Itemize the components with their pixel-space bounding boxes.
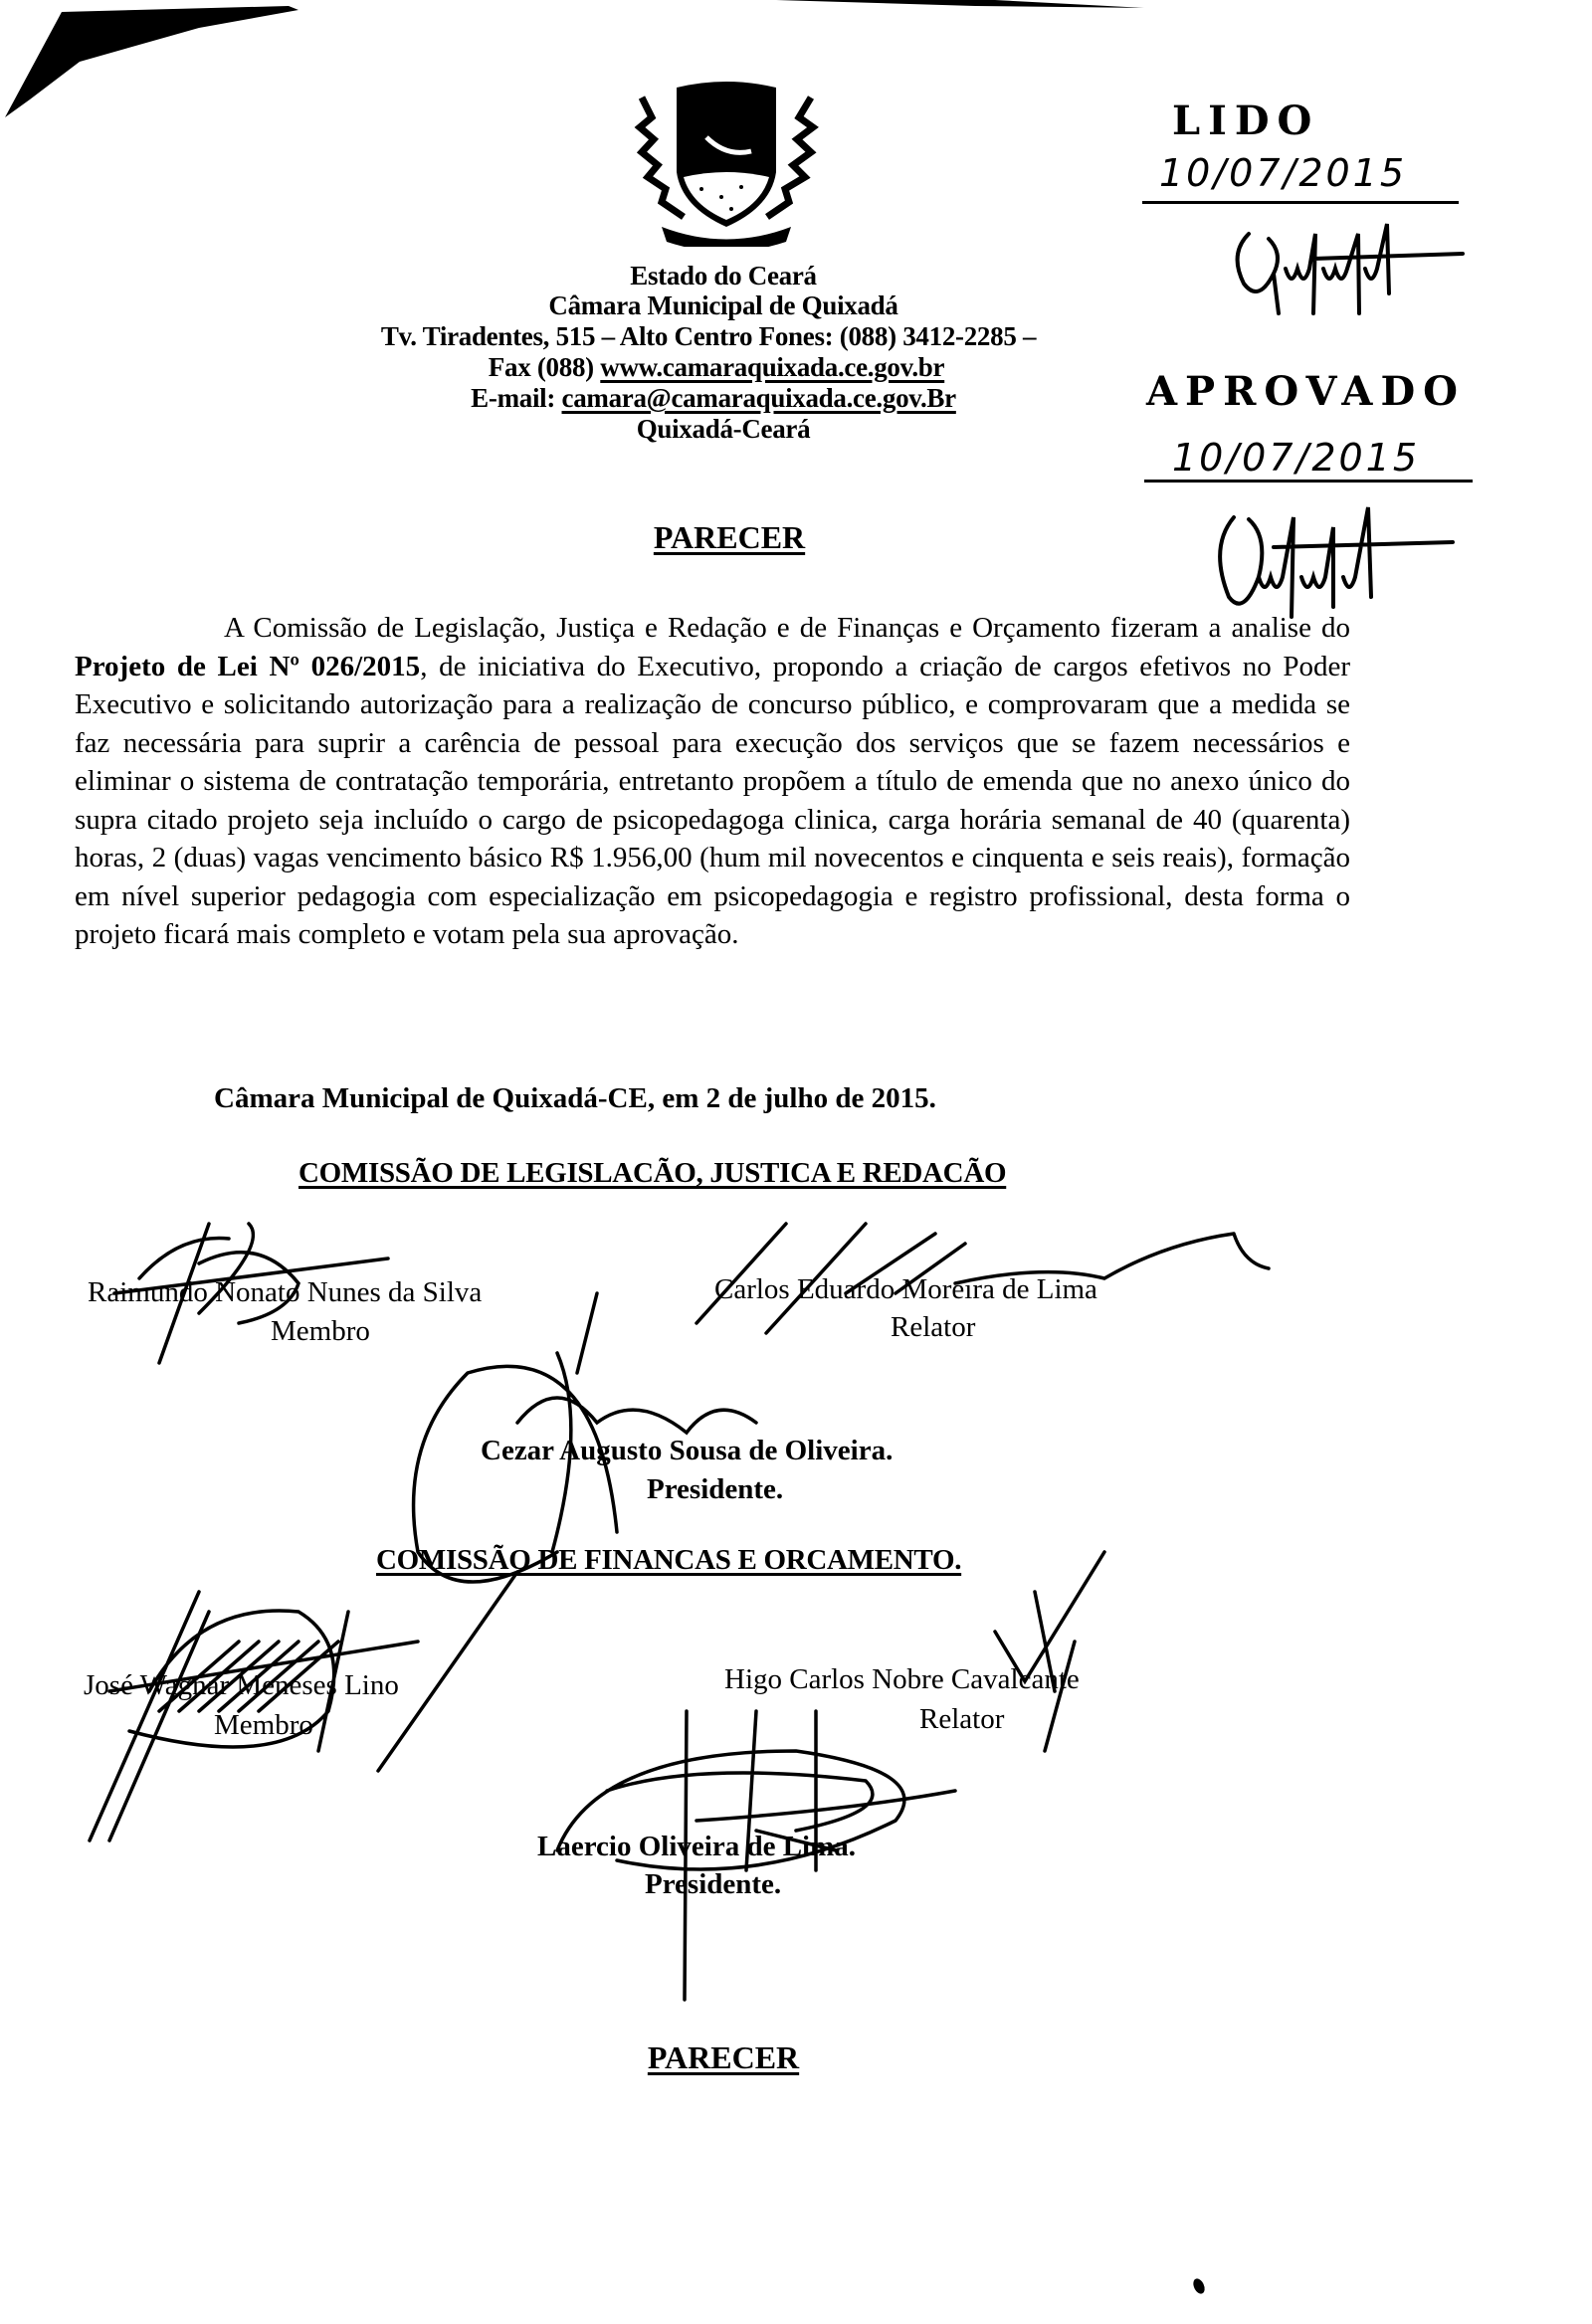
email-link[interactable]: camara@camaraquixada.ce.gov.Br [562, 383, 956, 413]
member-name-laercio: Laercio Oliveira de Lima. [537, 1831, 856, 1863]
member-role-carlos: Relator [891, 1311, 975, 1344]
ink-dot [1191, 2277, 1207, 2296]
header-city: Quixadá-Ceará [637, 414, 811, 444]
stamp-lido-signature-icon [1224, 214, 1492, 323]
header-chamber: Câmara Municipal de Quixadá [548, 290, 897, 320]
member-name-higo: Higo Carlos Nobre Cavalcante [724, 1663, 1080, 1696]
date-line: Câmara Municipal de Quixadá-CE, em 2 de … [214, 1082, 936, 1115]
header-state: Estado do Ceará [630, 261, 817, 290]
header-address: Tv. Tiradentes, 515 – Alto Centro Fones:… [381, 321, 1036, 351]
member-role-cezar: Presidente. [647, 1473, 783, 1506]
member-name-cezar: Cezar Augusto Sousa de Oliveira. [481, 1435, 893, 1467]
committee-financas-title: COMISSÃO DE FINANCAS E ORCAMENTO. [376, 1544, 961, 1577]
body-part1: A Comissão de Legislação, Justiça e Reda… [224, 612, 1350, 644]
footer-title: PARECER [648, 2039, 799, 2076]
member-name-jose: José Wagnar Meneses Lino [84, 1669, 399, 1702]
stamp-aprovado-underline [1144, 480, 1473, 483]
member-role-jose: Membro [214, 1709, 313, 1742]
stamp-aprovado-label: APROVADO [1146, 368, 1466, 415]
fax-label: Fax (088) [489, 352, 600, 382]
stamp-lido-underline [1142, 201, 1459, 204]
member-role-raimundo: Membro [271, 1315, 370, 1348]
body-bill-number: Projeto de Lei Nº 026/2015 [75, 651, 420, 682]
website-link[interactable]: www.camaraquixada.ce.gov.br [600, 352, 944, 382]
header-email-line: E-mail: camara@camaraquixada.ce.gov.Br [471, 383, 956, 413]
body-part2: , de iniciativa do Executivo, propondo a… [75, 651, 1350, 951]
stamp-lido-date: 10/07/2015 [1159, 151, 1407, 195]
member-role-higo: Relator [919, 1703, 1004, 1736]
member-role-laercio: Presidente. [645, 1868, 781, 1901]
coat-of-arms-icon [622, 78, 831, 247]
committee-legislacao-title: COMISSÃO DE LEGISLACÃO, JUSTICA E REDACÃ… [298, 1157, 1006, 1190]
member-name-carlos: Carlos Eduardo Moreira de Lima [714, 1273, 1097, 1306]
member-name-raimundo: Raimundo Nonato Nunes da Silva [88, 1276, 482, 1309]
body-paragraph: A Comissão de Legislação, Justiça e Reda… [75, 609, 1350, 954]
header-fax-line: Fax (088) www.camaraquixada.ce.gov.br [489, 352, 944, 382]
email-label: E-mail: [471, 383, 561, 413]
stamp-lido-label: LIDO [1172, 97, 1319, 144]
document-title: PARECER [654, 519, 805, 556]
stamp-aprovado-date: 10/07/2015 [1172, 436, 1420, 480]
